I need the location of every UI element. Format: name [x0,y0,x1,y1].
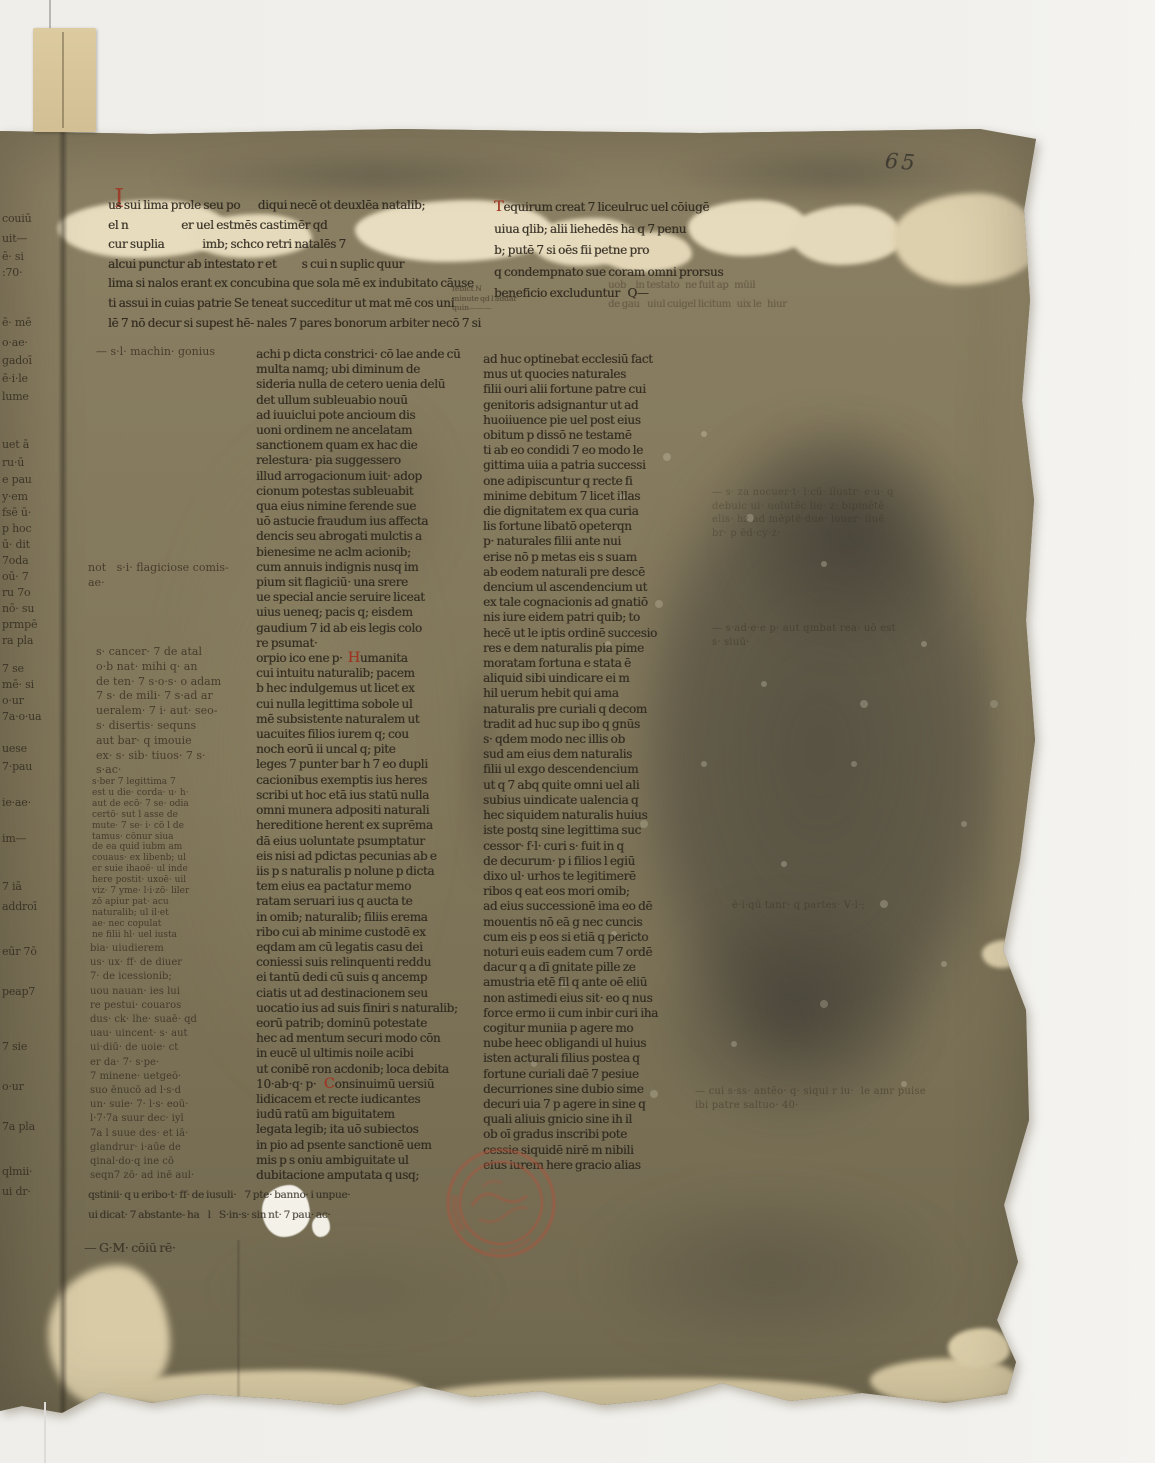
parchment-page-wrap: couiūuit—ē· si:70·ē· mēo·ae·gadoīē·i·lel… [0,0,1060,1440]
parchment-folio: couiūuit—ē· si:70·ē· mēo·ae·gadoīē·i·lel… [0,0,1060,1440]
binding-string [49,0,51,30]
text-run: — s· za nocuer·t· l·cū· ilustr· e·u· q [712,487,894,498]
text-line: — cui s·ss· antēo· q· siqui r iu· le amr… [695,1085,985,1099]
text-run: — s·ad·e·e p· aut qmbat rea· uō est [712,623,896,634]
gloss-tanr: ē·i·qū tanr· q partes· V·l·; [732,899,1022,913]
text-line: — s· za nocuer·t· l·cū· ilustr· e·u· q [712,486,1002,500]
text-line: ui dicat· 7 abstante- ha l S·in·s· sin n… [88,1206,478,1226]
red-library-stamp [429,1131,574,1276]
text-line: — s·ad·e·e p· aut qmbat rea· uō est [712,622,1002,636]
text-line: br· p ēd·cy·z· [712,527,1002,541]
folio-number: 65 [884,149,918,175]
text-run: debuic ui· uoīutēc lie· z· bipmētē [712,501,884,512]
gloss-nocuerit: — s· za nocuer·t· l·cū· ilustr· e·u· qde… [712,486,1002,540]
text-line: debuic ui· uoīutēc lie· z· bipmētē [712,500,1002,514]
text-run: elis· hz ad mēptē·due· louer· iluē [712,514,885,525]
text-line: ē·i·qū tanr· q partes· V·l·; [732,899,1022,913]
text-line: s· siuū· [712,636,1002,650]
text-run: ē·i·qū tanr· q partes· V·l·; [732,900,865,911]
gloss-ad-ee: — s·ad·e·e p· aut qmbat rea· uō ests· si… [712,622,1002,649]
text-run: s· siuū· [712,637,749,648]
text-run: qstinii· q u eribo·t· ff· de iusuli· 7 p… [88,1189,350,1201]
text-run: ibi patre saltuo· 40· [695,1100,798,1111]
mold-specks [0,0,4,4]
photograph-canvas: couiūuit—ē· si:70·ē· mēo·ae·gadoīē·i·lel… [0,0,1155,1463]
footer-signature-mark: — G·M· cōiū rē· [84,1240,176,1255]
text-run: — cui s·ss· antēo· q· siqui r iu· le amr… [695,1086,926,1097]
text-run: ui dicat· 7 abstante- ha l S·in·s· sin n… [88,1209,330,1221]
text-run: br· p ēd·cy·z· [712,528,780,539]
text-line: qstinii· q u eribo·t· ff· de iusuli· 7 p… [88,1186,478,1206]
parchment-tab [33,28,96,132]
text-line: elis· hz ad mēptē·due· louer· iluē [712,513,1002,527]
background-seam-line [44,1402,46,1463]
footer-catchline: qstinii· q u eribo·t· ff· de iusuli· 7 p… [88,1186,478,1225]
text-line: ibi patre saltuo· 40· [695,1099,985,1113]
gloss-siqui: — cui s·ss· antēo· q· siqui r iu· le amr… [695,1085,985,1112]
